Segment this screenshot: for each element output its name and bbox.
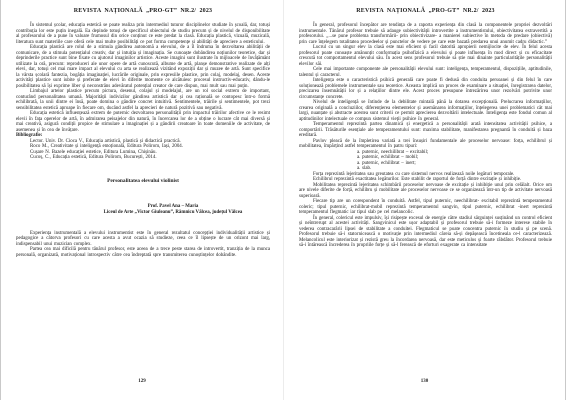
paragraph: Limbajul artelor plastice precum pictura… (16, 89, 270, 111)
paragraph: Inteligența este o caracteristică psihic… (299, 78, 552, 100)
left-body-paragraphs: În sistemul școlar, educația estetică se… (16, 23, 270, 133)
article-body-paragraphs: Experiența instrumentală a elevului inst… (16, 231, 270, 259)
paragraph: Educația plastică are rolul de a stimula… (16, 45, 270, 89)
paragraph: În general, colericul este impulsiv, își… (299, 216, 552, 249)
paragraph: Educația estetică influențează extrem de… (16, 111, 270, 133)
journal-header-right: REVISTA NAȚIONALĂ „PRO-GT” NR.2/ 2023 (299, 8, 552, 14)
paragraph: Lucrul cu un singur elev la clasă este m… (299, 45, 552, 67)
journal-header-left: REVISTA NAȚIONALĂ „PRO-GT” NR.2/ 2023 (16, 8, 270, 14)
paragraph: Echilibrul reprezintă exactitatea legătu… (299, 177, 552, 183)
paragraph: Temperamentul reprezintă partea dinamică… (299, 122, 552, 139)
paragraph: Pavlov pleacă de la împletirea variată a… (299, 139, 552, 150)
bibliography-list: Lector. Univ. Dr. Cioca V., Educația art… (16, 139, 270, 161)
paragraph: Nivelul de inteligență se întinde de la … (299, 100, 552, 122)
page-number-right: 130 (284, 379, 565, 384)
paragraph: Fiecare tip are un corespondent în condu… (299, 199, 552, 216)
page-right: REVISTA NAȚIONALĂ „PRO-GT” NR.2/ 2023 În… (283, 0, 566, 400)
paragraph: În sistemul școlar, educația estetică se… (16, 23, 270, 45)
page-left: REVISTA NAȚIONALĂ „PRO-GT” NR.2/ 2023 În… (0, 0, 283, 400)
paragraph: Partea cea mai dificilă pentru tânărul p… (16, 247, 270, 258)
bibliography-entry: Cucoș, C., Educația estetică, Editura Po… (16, 155, 270, 161)
author-block: Prof. Pavel Ana – Maria Liceul de Arte „… (76, 204, 270, 216)
page-number-left: 129 (1, 379, 283, 384)
paragraph: Mobilitatea reprezintă lejeritatea schim… (299, 183, 552, 200)
paragraph: Cele mai importante componente ale perso… (299, 67, 552, 78)
right-body-paragraphs: În general, profesorul începător are ten… (299, 23, 552, 249)
article-title: Personalitatea elevului violinist (16, 178, 270, 184)
journal-spread: REVISTA NAȚIONALĂ „PRO-GT” NR.2/ 2023 În… (0, 0, 566, 400)
paragraph: Experiența instrumentală a elevului inst… (16, 231, 270, 248)
author-affiliation: Liceul de Arte „Victor Giuleanu”, Râmnic… (76, 210, 270, 216)
paragraph: În general, profesorul începător are ten… (299, 23, 552, 45)
